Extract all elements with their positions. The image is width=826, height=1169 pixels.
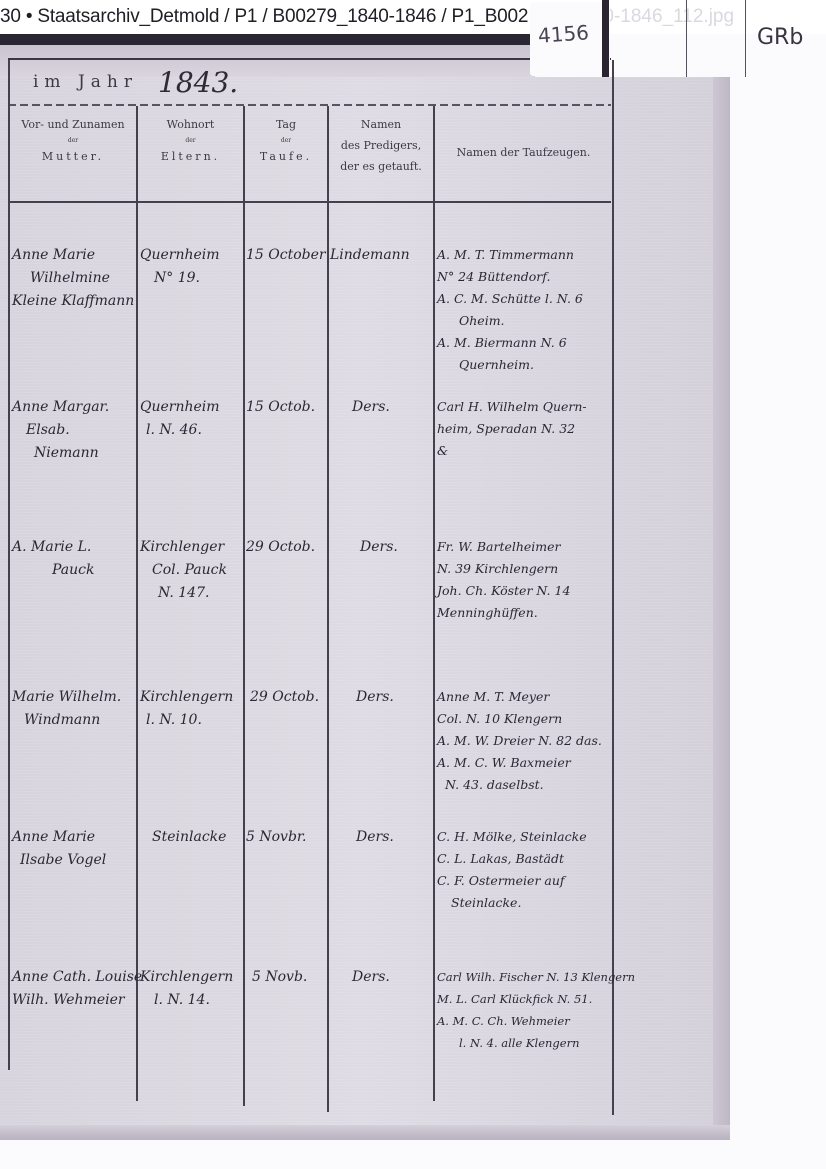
page-bottom-edge <box>0 1125 730 1140</box>
entry-1-mother: Anne Marie Wilhelmine Kleine Klaffmann <box>12 244 134 313</box>
entry-3-preacher: Ders. <box>360 536 398 559</box>
header-preacher: Namen des Predigers, der es getauft. <box>329 118 433 173</box>
entry-6-day: 5 Novb. <box>252 966 307 989</box>
entry-4-preacher: Ders. <box>356 686 394 709</box>
scan-divider <box>745 0 746 77</box>
entry-3-godparents: Fr. W. Bartelheimer N. 39 Kirchlengern J… <box>437 536 570 624</box>
rule-header-bottom <box>8 201 611 203</box>
entry-4-mother: Marie Wilhelm. Windmann <box>12 686 121 732</box>
entry-2-day: 15 Octob. <box>246 396 315 419</box>
entry-2-godparents: Carl H. Wilhelm Quern- heim, Speradan N.… <box>437 396 587 462</box>
column-line <box>243 106 245 1106</box>
entry-1-residence: Quernheim N° 19. <box>140 244 220 290</box>
page-top-edge <box>0 34 535 45</box>
year-label: im Jahr <box>33 72 138 92</box>
entry-5-mother: Anne Marie Ilsabe Vogel <box>12 826 106 872</box>
entry-2-mother: Anne Margar. Elsab. Niemann <box>12 396 109 465</box>
archive-stamp-number: 4156 <box>537 20 589 47</box>
column-line <box>136 106 138 1101</box>
margin-note: GRb <box>757 25 803 50</box>
header-mother: Vor- und Zunamen der Mutter. <box>10 118 136 163</box>
header-godparents: Namen der Taufzeugen. <box>435 142 612 164</box>
binding-bar <box>602 0 609 77</box>
entry-2-preacher: Ders. <box>352 396 390 419</box>
entry-2-residence: Quernheim l. N. 46. <box>140 396 220 442</box>
entry-1-preacher: Lindemann <box>330 244 410 267</box>
header-residence: Wohnort der Eltern. <box>138 118 243 163</box>
entry-4-day: 29 Octob. <box>250 686 319 709</box>
scan-divider <box>686 0 687 77</box>
entry-1-godparents: A. M. T. Timmermann N° 24 Büttendorf. A.… <box>437 244 583 376</box>
entry-6-godparents: Carl Wilh. Fischer N. 13 Klengern M. L. … <box>437 966 635 1054</box>
entry-5-preacher: Ders. <box>356 826 394 849</box>
rule-top <box>8 58 611 60</box>
entry-5-godparents: C. H. Mölke, Steinlacke C. L. Lakas, Bas… <box>437 826 587 914</box>
file-path: 30 • Staatsarchiv_Detmold / P1 / B00279_… <box>0 6 528 28</box>
entry-4-residence: Kirchlengern l. N. 10. <box>140 686 233 732</box>
entry-4-godparents: Anne M. T. Meyer Col. N. 10 Klengern A. … <box>437 686 602 796</box>
year-value: 1843. <box>158 66 238 99</box>
header-day: Tag der Taufe. <box>245 118 327 163</box>
entry-3-mother: A. Marie L. Pauck <box>12 536 94 582</box>
entry-6-residence: Kirchlengern l. N. 14. <box>140 966 233 1012</box>
column-line <box>8 60 10 1070</box>
entry-5-residence: Steinlacke <box>152 826 226 849</box>
entry-1-day: 15 October <box>246 244 326 267</box>
page-edge-shadow <box>713 77 730 1140</box>
column-line <box>612 60 614 1115</box>
rule-year-dashed <box>8 104 611 106</box>
viewer-path-bar: 30 • Staatsarchiv_Detmold / P1 / B00279_… <box>0 0 826 34</box>
entry-6-preacher: Ders. <box>352 966 390 989</box>
entry-6-mother: Anne Cath. Louise Wilh. Wehmeier <box>12 966 142 1012</box>
entry-5-day: 5 Novbr. <box>246 826 307 849</box>
entry-3-residence: Kirchlenger Col. Pauck N. 147. <box>140 536 227 605</box>
column-line <box>327 106 329 1112</box>
column-line <box>433 106 435 1101</box>
entry-3-day: 29 Octob. <box>246 536 315 559</box>
